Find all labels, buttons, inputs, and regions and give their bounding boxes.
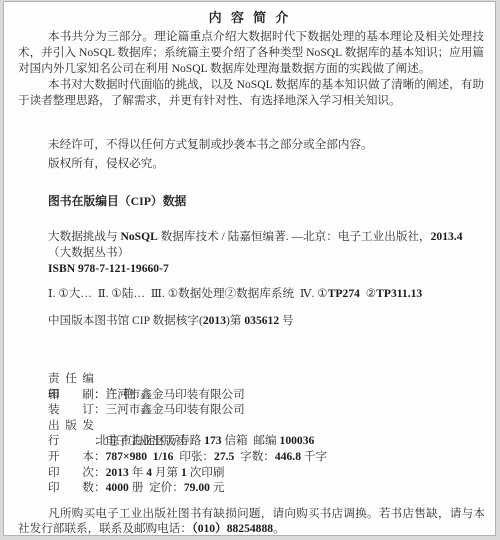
cip-registry-number-segment: 035612: [244, 314, 279, 327]
colophon-label-colon: ：: [94, 466, 106, 479]
purchase-notice: 凡所购买电子工业出版社图书有缺损问题，请向购买书店调换。若书店售缺，请与本社发行…: [18, 507, 485, 536]
colophon-label-text: 印次: [48, 465, 94, 481]
colophon-label-colon: ：: [94, 450, 106, 463]
cip-classification-segment: TP274: [328, 287, 360, 300]
colophon-row: 开本：787×980 1/16 印张：27.5 字数：446.8 千字: [48, 449, 327, 465]
cip-registry-number-segment: )第: [226, 314, 244, 327]
colophon-value-segment: 册 定价：: [129, 481, 184, 494]
colophon-value-segment: 年: [129, 466, 146, 479]
colophon-value-segment: 印张：: [173, 450, 214, 463]
cip-classification-segment: ②: [360, 287, 376, 300]
cip-registry-number-segment: 中国版本图书馆 CIP 数据核字(: [48, 314, 203, 327]
colophon-label-text: 开本: [48, 449, 94, 465]
colophon-value: 三河市鑫金马印装有限公司: [106, 388, 245, 401]
copyright-notice: 未经许可，不得以任何方式复制或抄袭本书之部分或全部内容。 版权所有，侵权必究。: [48, 136, 373, 174]
colophon-value-segment: 千字: [301, 450, 327, 463]
colophon-value-segment: 三河市鑫金马印装有限公司: [106, 388, 245, 401]
cip-series-line: （大数据丛书）: [48, 245, 488, 261]
cip-title-line-segment: 数据库技术 / 陆嘉恒编著. —北京：电子工业出版社，: [158, 230, 431, 243]
colophon-value-segment: 173: [204, 434, 221, 447]
colophon-row: 印刷：三河市鑫金马印装有限公司: [48, 387, 327, 403]
colophon-row: 出版发行：电子工业出版社: [48, 418, 327, 434]
cip-registry-number: 中国版本图书馆 CIP 数据核字(2013)第 035612 号: [48, 312, 294, 328]
cip-classification: Ⅰ. ①大… Ⅱ. ①陆… Ⅲ. ①数据处理②数据库系统 Ⅳ. ①TP274 ②…: [48, 285, 422, 301]
colophon-label-text: 装订: [48, 402, 94, 418]
cip-title-line-segment: 2013.4: [431, 230, 463, 243]
colophon-value: 北京市海淀区万寿路 173 信箱 邮编 100036: [97, 434, 314, 447]
colophon-label: 开本：: [48, 450, 106, 463]
colophon-row: 装订：三河市鑫金马印装有限公司: [48, 402, 327, 418]
colophon-label-text: 印刷: [48, 387, 94, 403]
cip-registry-number-segment: 2013: [203, 314, 226, 327]
colophon-value-segment: 三河市鑫金马印装有限公司: [106, 403, 245, 416]
colophon-label: 装订：: [48, 403, 106, 416]
colophon-value: 2013 年 4 月第 1 次印刷: [106, 466, 225, 479]
colophon-value-segment: 4000: [106, 481, 129, 494]
cip-title-line-segment: NoSQL: [120, 230, 157, 243]
colophon-row: 印数：4000 册 定价：79.00 元: [48, 480, 327, 496]
cip-heading: 图书在版编目（CIP）数据: [48, 192, 186, 209]
colophon-value-segment: 元: [210, 481, 225, 494]
colophon-label: 印数：: [48, 481, 106, 494]
page-title: 内 容 简 介: [0, 7, 500, 26]
colophon-value-segment: 北京市海淀区万寿路: [97, 434, 204, 447]
notice-line-1: 未经许可，不得以任何方式复制或抄袭本书之部分或全部内容。: [48, 136, 373, 155]
colophon-value-segment: 79.00: [184, 481, 210, 494]
colophon-label: 印刷：: [48, 388, 106, 401]
colophon-value: 三河市鑫金马印装有限公司: [106, 403, 245, 416]
colophon-value-segment: 月第: [152, 466, 181, 479]
intro-section: 本书共分为三部分。理论篇重点介绍大数据时代下数据处理的基本理论及相关处理技术，并…: [18, 29, 484, 109]
cip-registry-number-segment: 号: [279, 314, 294, 327]
colophon-label: [48, 434, 97, 447]
scanned-copyright-page: 内 容 简 介 本书共分为三部分。理论篇重点介绍大数据时代下数据处理的基本理论及…: [0, 0, 500, 540]
colophon-value-segment: 1/16: [153, 450, 174, 463]
colophon-row: 北京市海淀区万寿路 173 信箱 邮编 100036: [48, 433, 327, 449]
colophon-value-segment: 次印刷: [187, 466, 225, 479]
colophon-value-segment: 27.5: [214, 450, 234, 463]
notice-line-2: 版权所有，侵权必究。: [48, 155, 373, 174]
cip-classification-segment: TP311.13: [376, 287, 422, 300]
colophon-value: 787×980 1/16 印张：27.5 字数：446.8 千字: [106, 450, 327, 463]
colophon-label: 印次：: [48, 466, 106, 479]
intro-paragraph-1: 本书共分为三部分。理论篇重点介绍大数据时代下数据处理的基本理论及相关处理技术，并…: [18, 29, 484, 77]
colophon-value: 4000 册 定价：79.00 元: [106, 481, 225, 494]
colophon-value-segment: 信箱 邮编: [222, 434, 280, 447]
colophon-value-segment: 2013: [106, 466, 129, 479]
colophon-value-segment: 787×980: [106, 450, 147, 463]
colophon-value-segment: 字数：: [234, 450, 275, 463]
colophon-label-colon: ：: [94, 481, 106, 494]
colophon-value-segment: 100036: [280, 434, 315, 447]
colophon-label-colon: ：: [94, 403, 106, 416]
cip-isbn: ISBN 978-7-121-19660-7: [48, 261, 488, 277]
colophon-value-segment: 446.8: [275, 450, 301, 463]
intro-paragraph-2: 本书对大数据时代面临的挑战，以及 NoSQL 数据库的基本知识做了清晰的阐述，有…: [18, 77, 484, 109]
colophon-label-text: 印数: [48, 480, 94, 496]
purchase-notice-segment: （010）88254888: [192, 522, 273, 535]
colophon-label-colon: ：: [94, 388, 106, 401]
cip-classification-segment: Ⅰ. ①大… Ⅱ. ①陆… Ⅲ. ①数据处理②数据库系统 Ⅳ. ①: [48, 287, 328, 300]
colophon-row: 印次：2013 年 4 月第 1 次印刷: [48, 465, 327, 481]
purchase-notice-segment: 。: [273, 522, 285, 535]
cip-record: 大数据挑战与 NoSQL 数据库技术 / 陆嘉恒编著. —北京：电子工业出版社，…: [48, 229, 488, 278]
cip-title-line: 大数据挑战与 NoSQL 数据库技术 / 陆嘉恒编著. —北京：电子工业出版社，…: [48, 229, 488, 245]
cip-title-line-segment: 大数据挑战与: [48, 230, 120, 243]
colophon-section: 责任编辑：许 艳印刷：三河市鑫金马印装有限公司装订：三河市鑫金马印装有限公司出版…: [48, 371, 327, 496]
colophon-row: 责任编辑：许 艳: [48, 371, 327, 387]
